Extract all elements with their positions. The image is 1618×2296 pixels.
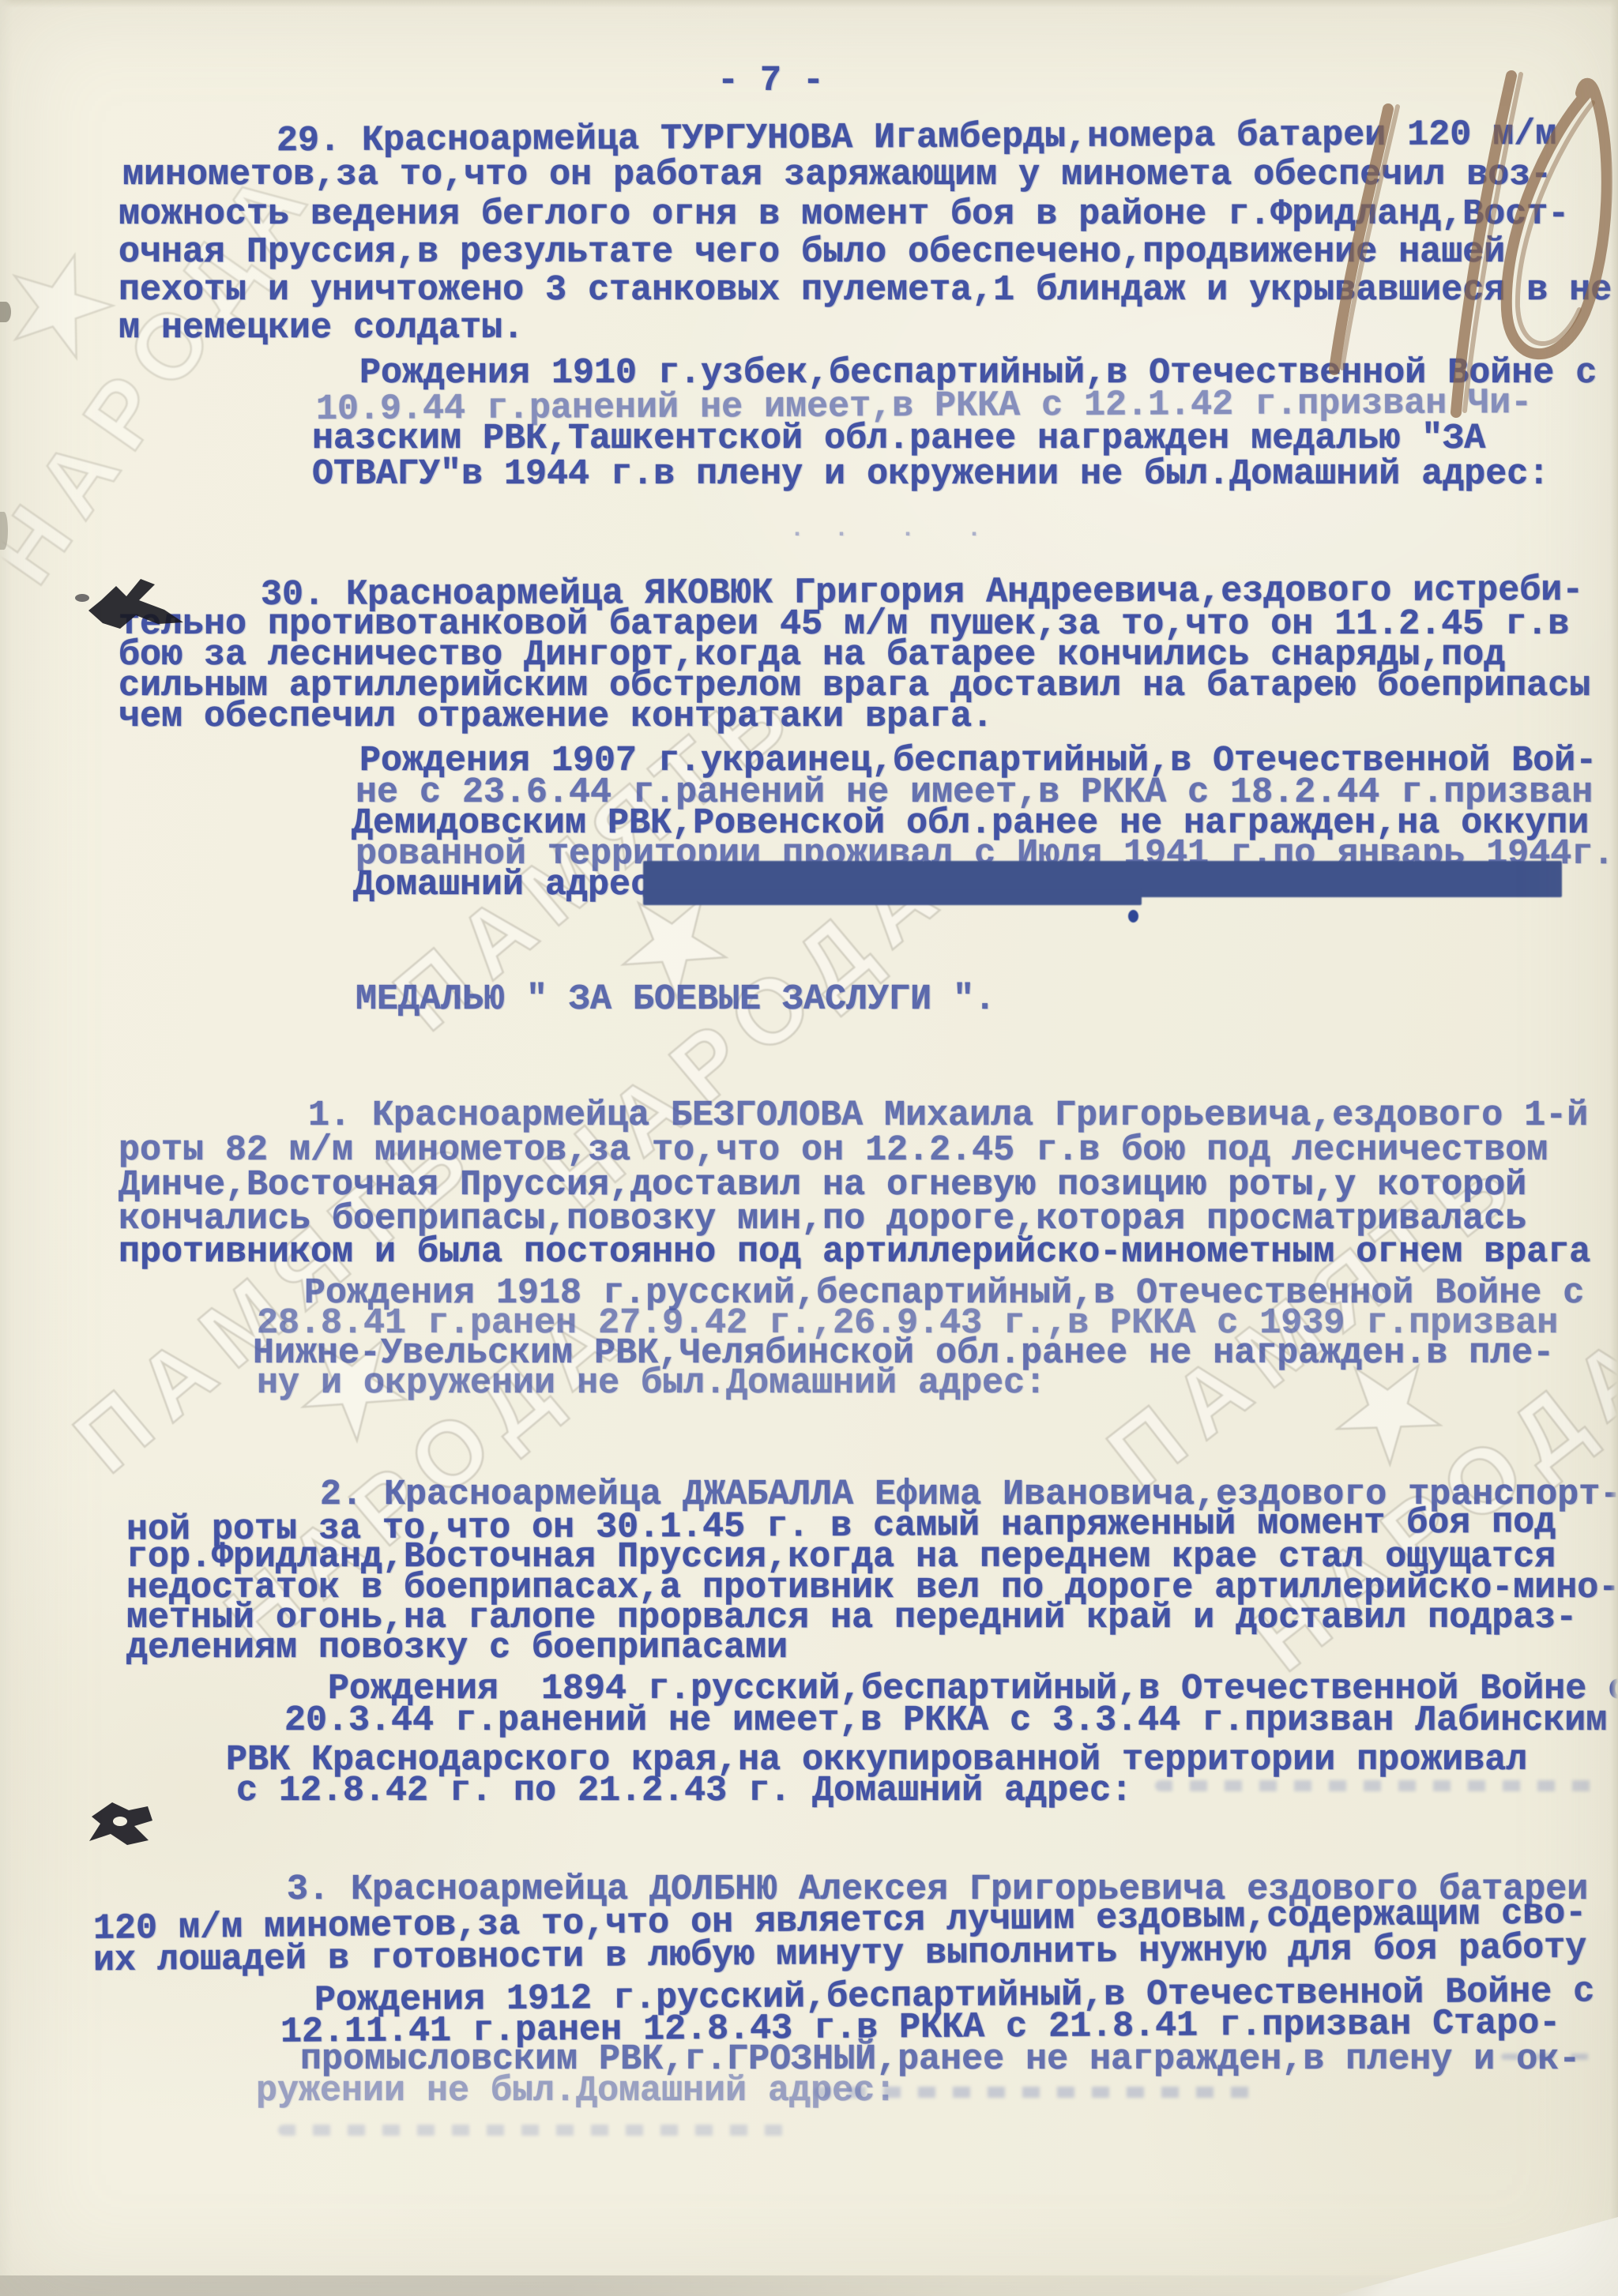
scan-edge xyxy=(0,0,1618,8)
entry-30-bio-line: Домашний адрес: xyxy=(353,867,673,903)
entry-1-line: 1. Красноармейца БЕЗГОЛОВА Михаила Григо… xyxy=(308,1098,1588,1133)
entry-1-bio-line: ну и окружении не был.Домашний адрес: xyxy=(257,1366,1046,1401)
entry-2-bio-line: с 12.8.42 г. по 21.2.43 г. Домашний адре… xyxy=(236,1773,1132,1809)
entry-2-line: делениям повозку с боеприпасами xyxy=(126,1630,788,1666)
entry-29-line: можность ведения беглого огня в момент б… xyxy=(119,197,1569,232)
faded-text-smear xyxy=(1155,1780,1602,1791)
scan-edge xyxy=(1610,0,1618,2296)
entry-29-line: м немецкие солдаты. xyxy=(119,310,524,346)
scanned-document-page: ★ НАРОДА ПАМЯТЬ ★ НАРОДА ПАМЯТЬ ★ НАРОДА… xyxy=(0,0,1618,2296)
entry-30-line: чем обеспечил отражение контратаки врага… xyxy=(119,699,993,735)
entry-1-line: противником и была постоянно под артилле… xyxy=(119,1234,1590,1270)
entry-2-bio-line: 20.3.44 г.ранений не имеет,в РККА с 3.3.… xyxy=(284,1703,1607,1738)
page-number-line: - 7 - xyxy=(717,63,824,99)
entry-29-bio-line: ОТВАГУ"в 1944 г.в плену и окружении не б… xyxy=(312,457,1549,492)
paper-nick xyxy=(0,302,11,322)
medal-heading-line: МЕДАЛЬЮ " ЗА БОЕВЫЕ ЗАСЛУГИ ". xyxy=(356,982,995,1017)
entry-29-line: минометов,за то,что он работая заряжающи… xyxy=(122,157,1552,193)
separator-line: · · · · xyxy=(790,523,989,547)
scan-edge xyxy=(0,0,13,2296)
entry-29-line: очная Пруссия,в результате чего было обе… xyxy=(119,235,1505,270)
ink-dot xyxy=(1128,910,1138,923)
paper-nick xyxy=(0,512,8,550)
entry-3-bio-line: ружении не был.Домашний адрес: xyxy=(256,2073,896,2109)
entry-29-line: 29. Красноармейца ТУРГУНОВА Игамберды,но… xyxy=(277,117,1556,159)
entry-29-line: пехоты и уничтожено 3 станковых пулемета… xyxy=(119,272,1612,308)
torn-corner xyxy=(1334,2217,1618,2296)
entry-1-line: роты 82 м/м минометов,за то,что он 12.2.… xyxy=(119,1133,1548,1168)
redaction-bar xyxy=(643,889,1142,905)
entry-29-bio-line: назским РВК,Ташкентской обл.ранее награж… xyxy=(312,421,1485,457)
entry-1-line: Динче,Восточная Пруссия,доставил на огне… xyxy=(119,1167,1526,1203)
faded-text-smear xyxy=(278,2125,792,2136)
